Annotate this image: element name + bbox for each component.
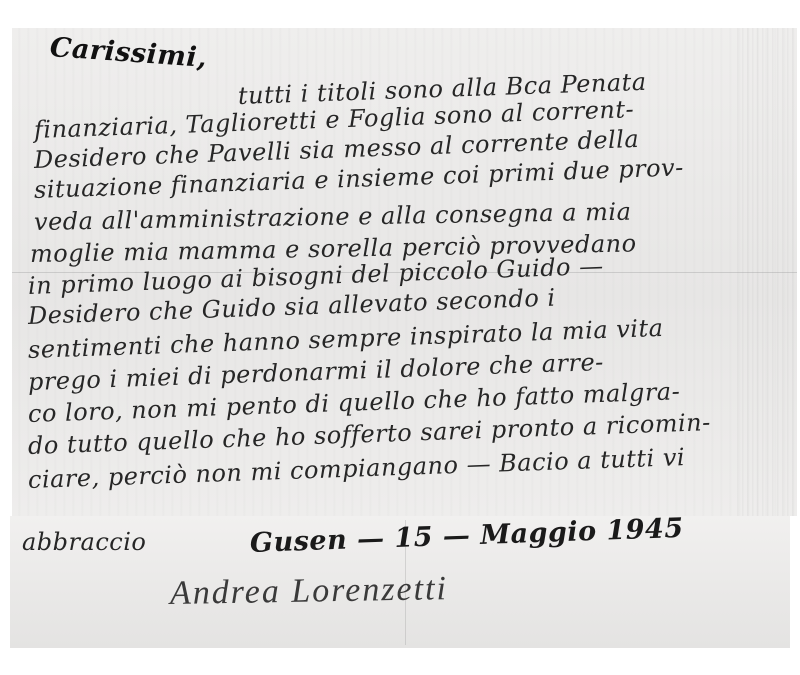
letter-signature: Andrea Lorenzetti (170, 570, 449, 613)
letter-closing: abbraccio (22, 528, 146, 556)
